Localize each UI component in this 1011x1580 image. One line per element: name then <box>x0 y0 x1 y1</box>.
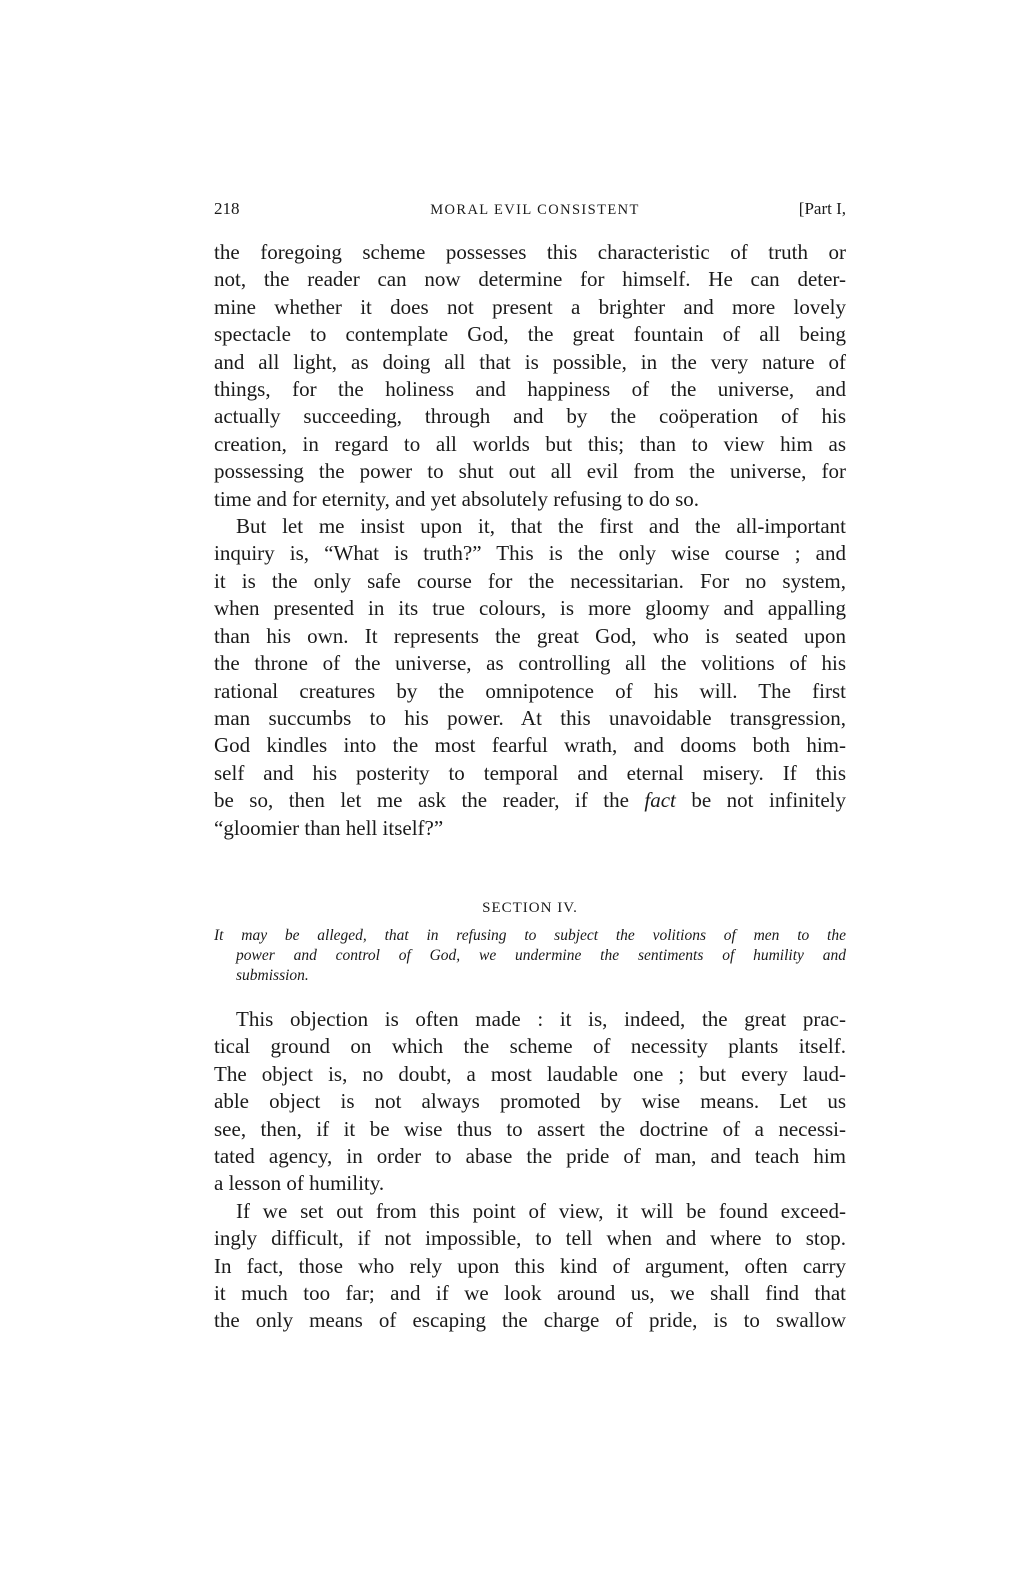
text-line: But let me insist upon it, that the firs… <box>214 513 846 540</box>
text-line: possessing the power to shut out all evi… <box>214 458 846 485</box>
text-line: The object is, no doubt, a most laudable… <box>214 1061 846 1088</box>
text-line: it is the only safe course for the neces… <box>214 568 846 595</box>
text-line: self and his posterity to temporal and e… <box>214 760 846 787</box>
book-page: 218 MORAL EVIL CONSISTENT [Part I, the f… <box>214 198 846 1335</box>
paragraph-1: the foregoing scheme possesses this char… <box>214 239 846 513</box>
text-line: mine whether it does not present a brigh… <box>214 294 846 321</box>
text-line: and all light, as doing all that is poss… <box>214 349 846 376</box>
text-line: actually succeeding, through and by the … <box>214 403 846 430</box>
text-line: time and for eternity, and yet absolutel… <box>214 486 846 513</box>
paragraph-4: If we set out from this point of view, i… <box>214 1198 846 1335</box>
text-line: not, the reader can now determine for hi… <box>214 266 846 293</box>
section-body: This objection is often made : it is, in… <box>214 1006 846 1335</box>
text-line: creation, in regard to all worlds but th… <box>214 431 846 458</box>
text-line: man succumbs to his power. At this unavo… <box>214 705 846 732</box>
text-line: In fact, those who rely upon this kind o… <box>214 1253 846 1280</box>
part-label: [Part I, <box>799 198 846 220</box>
text-line: a lesson of humility. <box>214 1170 846 1197</box>
text-line: than his own. It represents the great Go… <box>214 623 846 650</box>
text-line: tated agency, in order to abase the prid… <box>214 1143 846 1170</box>
text-line: able object is not always promoted by wi… <box>214 1088 846 1115</box>
text-line: God kindles into the most fearful wrath,… <box>214 732 846 759</box>
text-line: the throne of the universe, as controlli… <box>214 650 846 677</box>
text-line: inquiry is, “What is truth?” This is the… <box>214 540 846 567</box>
text-line: the foregoing scheme possesses this char… <box>214 239 846 266</box>
section-heading: SECTION IV. <box>214 898 846 918</box>
summary-line: power and control of God, we undermine t… <box>236 946 846 966</box>
italic-word: fact <box>644 788 676 812</box>
text-line: when presented in its true colours, is m… <box>214 595 846 622</box>
text-line: it much too far; and if we look around u… <box>214 1280 846 1307</box>
text-line: “gloomier than hell itself?” <box>214 815 846 842</box>
text-line: tical ground on which the scheme of nece… <box>214 1033 846 1060</box>
summary-line: It may be alleged, that in refusing to s… <box>236 926 846 946</box>
paragraph-3: This objection is often made : it is, in… <box>214 1006 846 1198</box>
body-text: the foregoing scheme possesses this char… <box>214 239 846 1335</box>
text-line: the only means of escaping the charge of… <box>214 1307 846 1334</box>
text-line: This objection is often made : it is, in… <box>214 1006 846 1033</box>
text-line-with-italic: be so, then let me ask the reader, if th… <box>214 787 846 814</box>
text-line: spectacle to contemplate God, the great … <box>214 321 846 348</box>
text-line: ingly difficult, if not impossible, to t… <box>214 1225 846 1252</box>
running-head: 218 MORAL EVIL CONSISTENT [Part I, <box>214 198 846 220</box>
text-span: be not infinitely <box>676 788 846 812</box>
running-title: MORAL EVIL CONSISTENT <box>214 199 846 221</box>
section-summary: It may be alleged, that in refusing to s… <box>214 926 846 986</box>
summary-line: submission. <box>236 966 846 986</box>
text-span: be so, then let me ask the reader, if th… <box>214 788 644 812</box>
paragraph-2: But let me insist upon it, that the firs… <box>214 513 846 842</box>
text-line: If we set out from this point of view, i… <box>214 1198 846 1225</box>
text-line: rational creatures by the omnipotence of… <box>214 678 846 705</box>
text-line: things, for the holiness and happiness o… <box>214 376 846 403</box>
text-line: see, then, if it be wise thus to assert … <box>214 1116 846 1143</box>
